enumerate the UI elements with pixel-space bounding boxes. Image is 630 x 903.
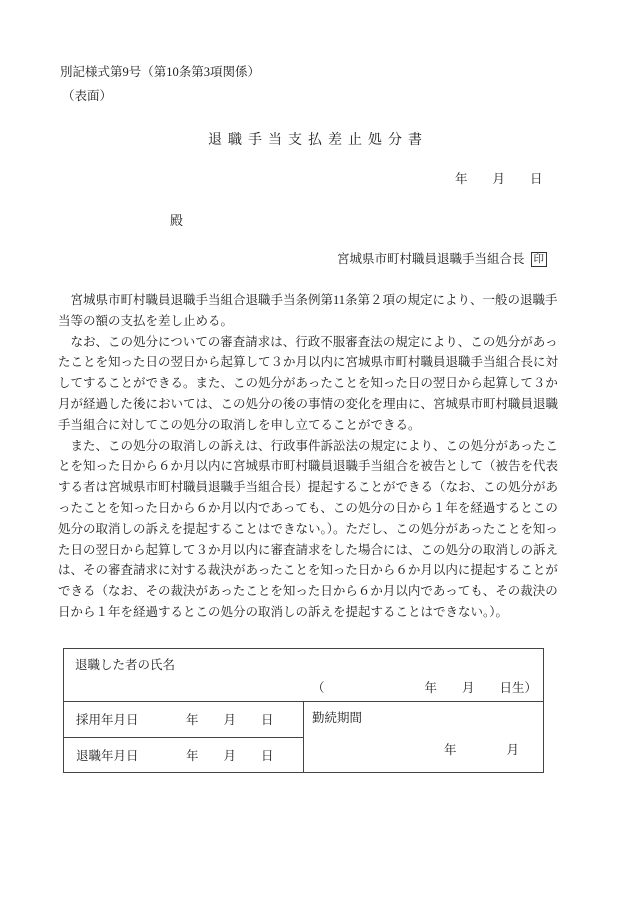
body-line: 手当組合に対してこの処分の取消しを申し立てることができる。 — [58, 415, 558, 436]
retired-person-name-label: 退職した者の氏名 — [75, 655, 175, 673]
body-line: する者は宮城県市町村職員退職手当組合長）提起することができる（なお、この処分があ — [58, 477, 558, 498]
body-line: 宮城県市町村職員退職手当組合退職手当条例第11条第２項の規定により、一般の退職手 — [58, 290, 558, 311]
body-line: してすることができる。また、この処分があったことを知った日の翌日から起算して３か — [58, 373, 558, 394]
body-line: とを知った日から６か月以内に宮城県市町村職員退職手当組合を被告として（被告を代表 — [58, 456, 558, 477]
addressee-suffix: 殿 — [170, 210, 183, 229]
body-line: 日から１年を経過するとこの処分の取消しの訴えを提起することはできない。）。 — [58, 602, 558, 623]
service-period-label: 勤続期間 — [312, 708, 362, 726]
issuer-line: 宮城県市町村職員退職手当組合長印 — [337, 249, 547, 267]
birth-date-blank: （ 年 月 日生） — [312, 678, 537, 696]
retirement-info-table: 退職した者の氏名 （ 年 月 日生） 採用年月日 年 月 日 退職年月日 年 月… — [63, 648, 544, 773]
side-label: （表面） — [62, 86, 112, 104]
document-title: 退職手当支払差止処分書 — [0, 129, 630, 149]
body-line: また、この処分の取消しの訴えは、行政事件訴訟法の規定により、この処分があったこ — [58, 436, 558, 457]
retirement-date-label: 退職年月日 — [76, 746, 139, 764]
body-line: 当等の額の支払を差し止める。 — [58, 311, 558, 332]
table-bottom-rows: 採用年月日 年 月 日 退職年月日 年 月 日 勤続期間 年 月 — [64, 702, 543, 772]
body-line: は、その審査請求に対する裁決があったことを知った日から６か月以内に提起することが — [58, 560, 558, 581]
retirement-date-blank: 年 月 日 — [186, 746, 274, 764]
issuer-name: 宮城県市町村職員退職手当組合長 — [337, 252, 525, 266]
body-line: なお、この処分についての審査請求は、行政不服審査法の規定により、この処分があっ — [58, 332, 558, 353]
body-line: ったことを知った日から６か月以内であっても、この処分の日から１年を経過するとこの — [58, 498, 558, 519]
body-line: 処分の取消しの訴えを提起することはできない。）。ただし、この処分があったことを知… — [58, 519, 558, 540]
body-text: 宮城県市町村職員退職手当組合退職手当条例第11条第２項の規定により、一般の退職手… — [58, 290, 558, 623]
hire-date-cell: 採用年月日 年 月 日 — [64, 702, 303, 738]
body-line: た日の翌日から起算して３か月以内に審査請求をした場合には、この処分の取消しの訴え — [58, 540, 558, 561]
seal-mark: 印 — [531, 252, 548, 267]
retirement-date-cell: 退職年月日 年 月 日 — [64, 738, 303, 773]
service-period-cell: 勤続期間 年 月 — [304, 702, 543, 772]
hire-date-blank: 年 月 日 — [186, 710, 274, 728]
body-line: できる（なお、その裁決があったことを知った日から６か月以内であっても、その裁決の — [58, 581, 558, 602]
form-number: 別記様式第9号（第10条第3項関係） — [60, 62, 260, 80]
hire-date-label: 採用年月日 — [76, 710, 139, 728]
body-line: 月が経過した後においては、この処分の後の事情の変化を理由に、宮城県市町村職員退職 — [58, 394, 558, 415]
document-page: 別記様式第9号（第10条第3項関係） （表面） 退職手当支払差止処分書 年 月 … — [0, 0, 630, 903]
name-cell: 退職した者の氏名 （ 年 月 日生） — [64, 649, 543, 702]
date-columns: 採用年月日 年 月 日 退職年月日 年 月 日 — [64, 702, 304, 772]
service-period-blank: 年 月 — [444, 740, 519, 758]
date-line: 年 月 日 — [455, 169, 543, 187]
body-line: たことを知った日の翌日から起算して３か月以内に宮城県市町村職員退職手当組合長に対 — [58, 352, 558, 373]
